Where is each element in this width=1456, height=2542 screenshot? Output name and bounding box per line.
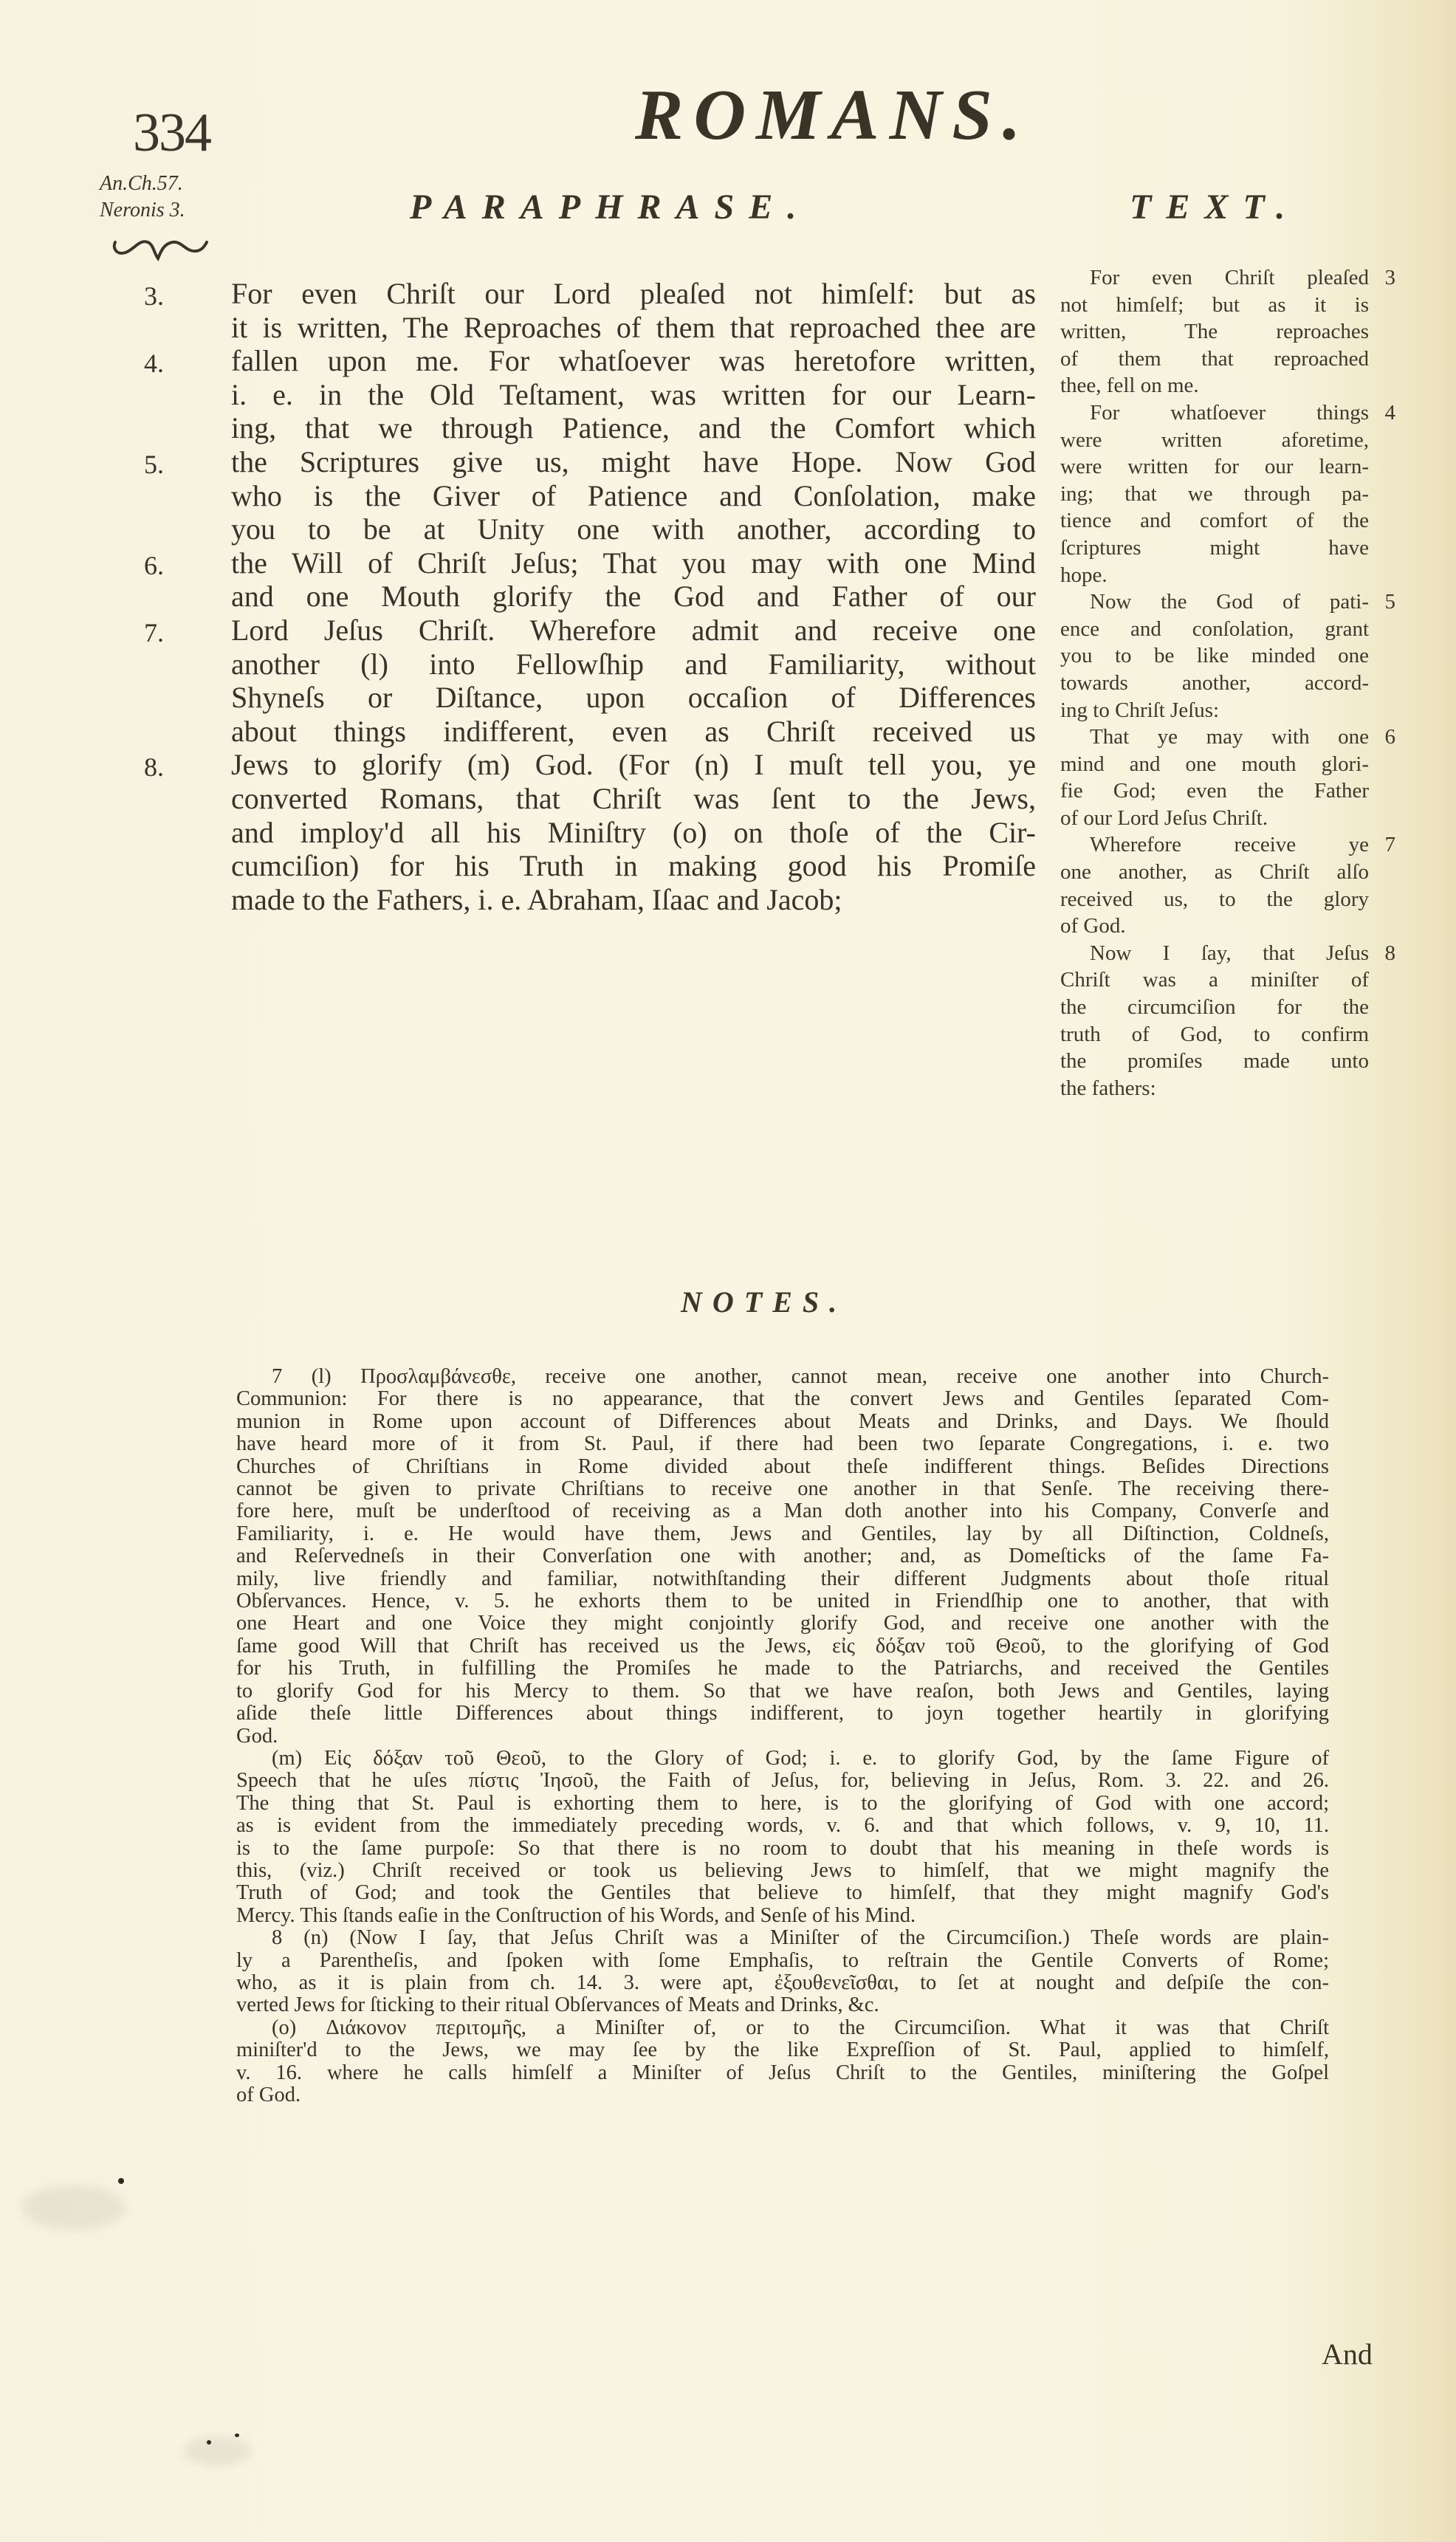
scripture-verse: Now the God of pati-ence and conſolation…	[1060, 588, 1369, 724]
note-line: Communion: For there is no appearance, t…	[236, 1388, 1329, 1410]
note-line: Truth of God; and took the Gentiles that…	[236, 1882, 1329, 1904]
ink-speck	[235, 2433, 239, 2437]
scripture-line: ing to Chriſt Jeſus:	[1060, 697, 1369, 724]
scripture-line: Now the God of pati-	[1060, 588, 1369, 616]
paraphrase-line: converted Romans, that Chriſt was ſent t…	[231, 782, 1036, 816]
scripture-line: ence and conſolation, grant	[1060, 616, 1369, 643]
note-line: Obſervances. Hence, v. 5. he exhorts the…	[236, 1590, 1329, 1612]
scripture-verse: Wherefore receive yeone another, as Chri…	[1060, 831, 1369, 939]
paraphrase-line: about things indifferent, even as Chriſt…	[231, 715, 1036, 749]
scripture-line: hope.	[1060, 562, 1369, 589]
paraphrase-line: made to the Fathers, i. e. Abraham, Iſaa…	[231, 883, 1036, 917]
note-line: fore here, muſt be underſtood of receivi…	[236, 1500, 1329, 1522]
paraphrase-heading: PARAPHRASE.	[410, 187, 811, 227]
margin-date: An.Ch.57.	[100, 171, 183, 196]
paraphrase-column: For even Chriſt our Lord pleaſed not him…	[231, 277, 1036, 916]
paraphrase-line: i. e. in the Old Teſtament, was written …	[231, 378, 1036, 412]
note-line: verted Jews for ſticking to their ritual…	[236, 1994, 1329, 2016]
note-line: this, (viz.) Chriſt received or took us …	[236, 1860, 1329, 1882]
note-line: as is evident from the immediately prece…	[236, 1815, 1329, 1837]
scripture-line: one another, as Chriſt alſo	[1060, 859, 1369, 886]
note-line: Speech that he uſes πίστις Ἰησοῦ, the Fa…	[236, 1770, 1329, 1792]
verse-number: 5.	[144, 448, 164, 482]
ink-speck	[207, 2440, 211, 2445]
notes-heading: NOTES.	[681, 1285, 847, 1319]
note-line: Churches of Chriſtians in Rome divided a…	[236, 1456, 1329, 1478]
note-line: God.	[236, 1725, 1329, 1748]
paraphrase-line: For even Chriſt our Lord pleaſed not him…	[231, 277, 1036, 311]
note-line: one Heart and one Voice they might conjo…	[236, 1612, 1329, 1635]
note-line: mily, live friendly and familiar, notwit…	[236, 1568, 1329, 1590]
scripture-verse: Now I ſay, that JeſusChriſt was a miniſt…	[1060, 940, 1369, 1102]
verse-number: 7.	[144, 616, 164, 650]
scripture-line: Wherefore receive ye	[1060, 831, 1369, 859]
note-line: cannot be given to private Chriſtians to…	[236, 1478, 1329, 1500]
scripture-line: of God.	[1060, 913, 1369, 940]
verse-number: 4.	[144, 347, 164, 381]
paraphrase-line: fallen upon me. For whatſoever was heret…	[231, 344, 1036, 378]
scripture-line: Now I ſay, that Jeſus	[1060, 940, 1369, 967]
note-line: ſame good Will that Chriſt has received …	[236, 1635, 1329, 1658]
paraphrase-line: and imploy'd all his Miniſtry (o) on tho…	[231, 816, 1036, 850]
scripture-verse: That ye may with onemind and one mouth g…	[1060, 724, 1369, 831]
verse-number: 8	[1385, 940, 1396, 967]
ornament-flourish-icon	[109, 235, 213, 264]
note-line: (o) Διάκονον περιτομῆς, a Miniſter of, o…	[236, 2017, 1329, 2039]
paraphrase-line: Jews to glorify (m) God. (For (n) I muſt…	[231, 748, 1036, 782]
verse-number: 6	[1385, 724, 1396, 751]
paraphrase-line: another (l) into Fellowſhip and Familiar…	[231, 647, 1036, 681]
note-line: of God.	[236, 2084, 1329, 2106]
scripture-line: mind and one mouth glori-	[1060, 751, 1369, 778]
note-line: Familiarity, i. e. He would have them, J…	[236, 1523, 1329, 1545]
verse-number: 6.	[144, 549, 164, 583]
note-line: is to the ſame purpoſe: So that there is…	[236, 1838, 1329, 1860]
scripture-line: the fathers:	[1060, 1075, 1369, 1102]
scripture-line: That ye may with one	[1060, 724, 1369, 751]
verse-number: 7	[1385, 831, 1396, 859]
note-line: to glorify God for his Mercy to them. So…	[236, 1680, 1329, 1703]
note-line: munion in Rome upon account of Differenc…	[236, 1411, 1329, 1433]
paraphrase-line: and one Mouth glorify the God and Father…	[231, 580, 1036, 614]
note-line: 7 (l) Προσλαμβάνεσθε, receive one anothe…	[236, 1366, 1329, 1388]
paraphrase-line: Shyneſs or Diſtance, upon occaſion of Di…	[231, 681, 1036, 715]
running-head: ROMANS.	[635, 74, 1031, 157]
scripture-verse: For whatſoever thingswere written aforet…	[1060, 399, 1369, 588]
scripture-line: fie God; even the Father	[1060, 777, 1369, 805]
note-line: The thing that St. Paul is exhorting the…	[236, 1793, 1329, 1815]
paraphrase-line: the Scriptures give us, might have Hope.…	[231, 445, 1036, 479]
scripture-line: received us, to the glory	[1060, 886, 1369, 913]
scripture-line: ſcriptures might have	[1060, 535, 1369, 562]
scripture-line: of our Lord Jeſus Chriſt.	[1060, 805, 1369, 832]
scripture-line: For even Chriſt pleaſed	[1060, 264, 1369, 292]
scripture-line: truth of God, to confirm	[1060, 1021, 1369, 1048]
paraphrase-line: Lord Jeſus Chriſt. Wherefore admit and r…	[231, 614, 1036, 647]
note-line: v. 16. where he calls himſelf a Miniſter…	[236, 2062, 1329, 2084]
verse-number: 5	[1385, 588, 1396, 616]
catchword: And	[1322, 2337, 1373, 2371]
scripture-line: tience and comfort of the	[1060, 507, 1369, 535]
note-line: who, as it is plain from ch. 14. 3. were…	[236, 1972, 1329, 1994]
note-line: have heard more of it from St. Paul, if …	[236, 1433, 1329, 1455]
note-line: ly a Parentheſis, and ſpoken with ſome E…	[236, 1950, 1329, 1972]
verse-number: 8.	[144, 751, 164, 785]
paraphrase-line: ing, that we through Patience, and the C…	[231, 411, 1036, 445]
scripture-line: towards another, accord-	[1060, 670, 1369, 697]
scripture-line: of them that reproached	[1060, 346, 1369, 373]
scripture-line: Chriſt was a miniſter of	[1060, 966, 1369, 994]
note-line: (m) Εἰς δόξαν τοῦ Θεοῦ, to the Glory of …	[236, 1748, 1329, 1770]
notes-body: 7 (l) Προσλαμβάνεσθε, receive one anothe…	[236, 1366, 1329, 2106]
paper-smudge	[185, 2436, 251, 2466]
verse-number: 4	[1385, 399, 1396, 427]
paraphrase-line: the Will of Chriſt Jeſus; That you may w…	[231, 546, 1036, 580]
scripture-line: were written aforetime,	[1060, 427, 1369, 454]
paraphrase-line: you to be at Unity one with another, acc…	[231, 512, 1036, 546]
scripture-line: thee, fell on me.	[1060, 372, 1369, 399]
note-line: miniſter'd to the Jews, we may ſee by th…	[236, 2039, 1329, 2061]
note-line: for his Truth, in fulfilling the Promiſe…	[236, 1658, 1329, 1680]
scripture-line: ing; that we through pa-	[1060, 481, 1369, 508]
scripture-line: the promiſes made unto	[1060, 1048, 1369, 1075]
scripture-line: For whatſoever things	[1060, 399, 1369, 427]
note-line: and Reſervedneſs in their Converſation o…	[236, 1545, 1329, 1567]
scripture-text-column: For even Chriſt pleaſednot himſelf; but …	[1060, 264, 1369, 1102]
ink-speck	[118, 2178, 124, 2184]
scripture-verse: For even Chriſt pleaſednot himſelf; but …	[1060, 264, 1369, 399]
paraphrase-line: who is the Giver of Patience and Conſola…	[231, 479, 1036, 513]
scripture-line: were written for our learn-	[1060, 453, 1369, 481]
paraphrase-line: it is written, The Reproaches of them th…	[231, 311, 1036, 345]
paraphrase-line: cumciſion) for his Truth in making good …	[231, 849, 1036, 883]
note-line: aſide theſe little Differences about thi…	[236, 1703, 1329, 1725]
note-line: 8 (n) (Now I ſay, that Jeſus Chriſt was …	[236, 1927, 1329, 1949]
scripture-line: you to be like minded one	[1060, 642, 1369, 670]
text-heading: TEXT.	[1130, 187, 1299, 227]
note-line: Mercy. This ſtands eaſie in the Conſtruc…	[236, 1905, 1329, 1927]
paper-smudge	[22, 2185, 126, 2230]
scripture-line: the circumciſion for the	[1060, 994, 1369, 1021]
verse-number: 3.	[144, 280, 164, 314]
scripture-line: written, The reproaches	[1060, 318, 1369, 346]
page-number: 334	[133, 103, 210, 162]
verse-number: 3	[1385, 264, 1396, 292]
margin-reign: Neronis 3.	[100, 198, 185, 223]
scripture-line: not himſelf; but as it is	[1060, 292, 1369, 319]
